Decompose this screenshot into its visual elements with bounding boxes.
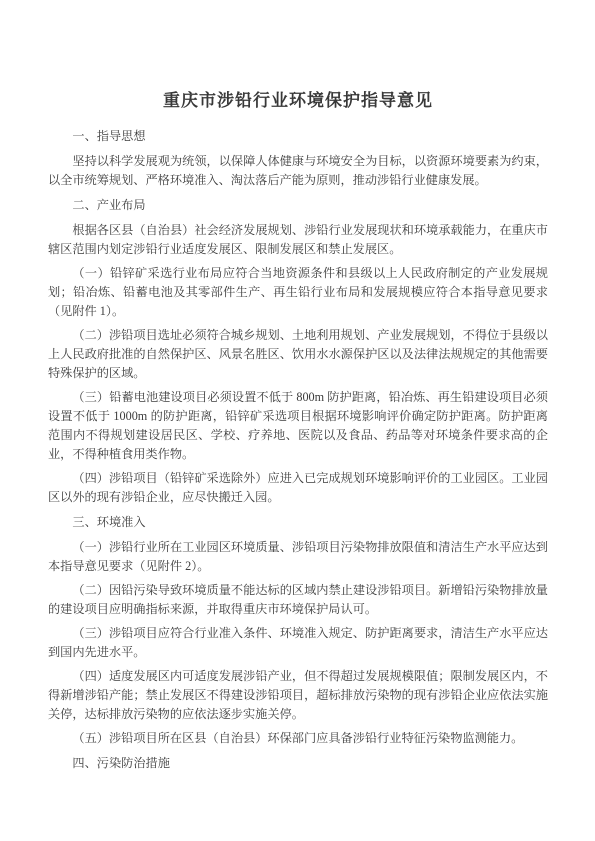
section-heading-pollution-control: 四、污染防治措施 [48, 754, 548, 773]
document-page: 重庆市涉铅行业环境保护指导意见 一、指导思想 坚持以科学发展观为统领，以保障人体… [0, 0, 595, 841]
paragraph-item-2: （二）涉铅项目选址必须符合城乡规划、土地利用规划、产业发展规划，不得位于县级以上… [48, 326, 548, 383]
paragraph-item-3: （三）铅蓄电池建设项目必须设置不低于 800m 防护距离，铅冶炼、再生铅建设项目… [48, 388, 548, 464]
document-title: 重庆市涉铅行业环境保护指导意见 [48, 86, 548, 111]
paragraph: 坚持以科学发展观为统领，以保障人体健康与环境安全为目标，以资源环境要素为约束，以… [48, 152, 548, 190]
paragraph-item-2: （二）因铅污染导致环境质量不能达标的区域内禁止建设涉铅项目。新增铅污染物排放量的… [48, 581, 548, 619]
section-heading-guiding-ideology: 一、指导思想 [48, 127, 548, 146]
paragraph: 根据各区县（自治县）社会经济发展规划、涉铅行业发展现状和环境承载能力，在重庆市辖… [48, 221, 548, 259]
paragraph-item-1: （一）铅锌矿采选行业布局应符合当地资源条件和县级以上人民政府制定的产业发展规划；… [48, 264, 548, 321]
paragraph-item-1: （一）涉铅行业所在工业园区环境质量、涉铅项目污染物排放限值和清洁生产水平应达到本… [48, 538, 548, 576]
paragraph-item-4: （四）涉铅项目（铅锌矿采选除外）应进入已完成规划环境影响评价的工业园区。工业园区… [48, 469, 548, 507]
paragraph-item-4: （四）适度发展区内可适度发展涉铅产业，但不得超过发展规模限值；限制发展区内，不得… [48, 667, 548, 724]
paragraph-item-5: （五）涉铅项目所在区县（自治县）环保部门应具备涉铅行业特征污染物监测能力。 [48, 729, 548, 748]
paragraph-item-3: （三）涉铅项目应符合行业准入条件、环境准入规定、防护距离要求，清洁生产水平应达到… [48, 624, 548, 662]
section-heading-industry-layout: 二、产业布局 [48, 196, 548, 215]
section-heading-env-access: 三、环境准入 [48, 513, 548, 532]
document-body: 一、指导思想 坚持以科学发展观为统领，以保障人体健康与环境安全为目标，以资源环境… [48, 127, 548, 773]
